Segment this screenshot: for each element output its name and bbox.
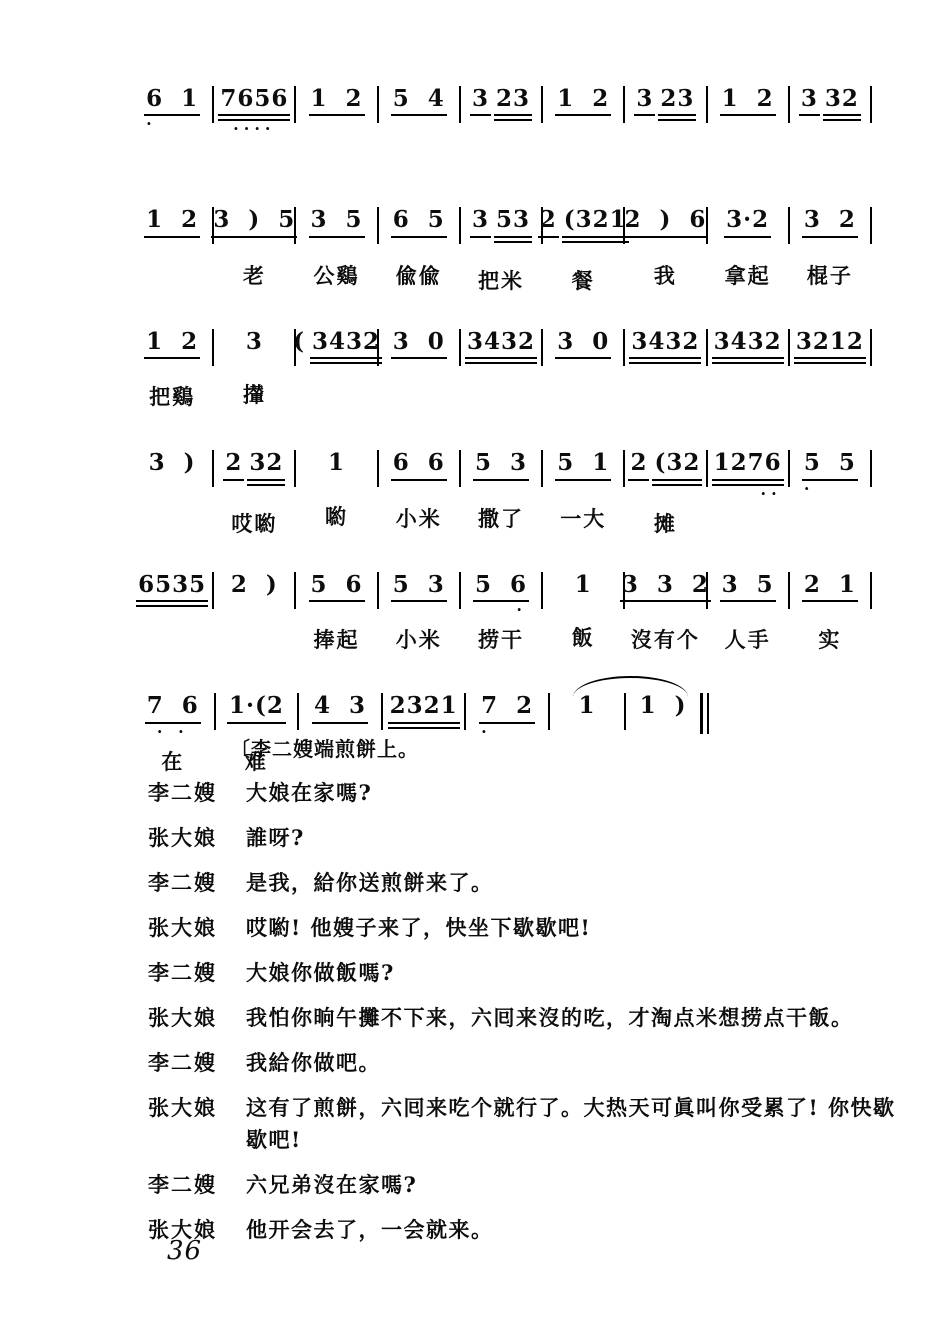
barline (788, 86, 790, 123)
note-group: 3432 (712, 329, 784, 378)
lyric: 人手 (725, 624, 771, 651)
speaker-name: 李二嫂 (148, 1047, 228, 1079)
note-group: 4 3 (312, 693, 368, 737)
dialogue-text: 誰呀? (246, 822, 910, 854)
note-group: 23 (494, 86, 532, 135)
notes: 7 6· · (145, 693, 201, 737)
notes: 323 (470, 86, 532, 135)
note-digits: 1 (573, 572, 594, 600)
octave-dots (494, 243, 532, 257)
note-group: 3 0 (555, 329, 611, 373)
measure: 6 6小米 (380, 450, 458, 529)
octave-dots (465, 364, 537, 378)
barline (706, 86, 708, 123)
note-digits: 6 5 (391, 207, 447, 237)
note-group: 2 (538, 207, 559, 251)
speaker-name: 张大娘 (148, 1002, 228, 1034)
barline (377, 450, 379, 487)
note-digits: 3 ) 5 (211, 207, 297, 237)
note-digits: (321 (562, 207, 629, 242)
stage-direction: 〔李二嫂端煎餅上。 (230, 733, 910, 762)
notes: 2 ) 6 (622, 207, 708, 251)
measure: 2 ) 6我 (626, 207, 704, 286)
barline (788, 450, 790, 487)
dialogue-row: 李二嫂是我，給你送煎餅来了。 (148, 867, 910, 899)
measure: 6535 (133, 572, 211, 656)
note-group: 2 1 (802, 572, 858, 616)
measure: 5 3小米 (380, 572, 458, 651)
measure: 3432 (462, 329, 540, 413)
notes: 1 ) (638, 693, 689, 735)
measure: 1 2 (544, 86, 622, 165)
note-digits: 7 6 (145, 693, 201, 723)
note-group: 1 (573, 572, 594, 614)
note-group: 1 2 (720, 86, 776, 130)
measure: 5 1一大 (544, 450, 622, 529)
measure: 6 5偸偸 (380, 207, 458, 286)
note-digits: 3 0 (391, 329, 447, 359)
barline (870, 329, 872, 366)
notes: 3 5 (309, 207, 365, 251)
barline (294, 450, 296, 487)
note-digits: 23 (658, 86, 696, 121)
note-digits: ( (291, 329, 307, 357)
octave-dots (470, 238, 491, 252)
octave-dots (794, 364, 866, 378)
note-group: 7 2· (479, 693, 535, 737)
measure: 7656···· (215, 86, 293, 170)
measure: 3 5公鷄 (297, 207, 375, 286)
octave-dots (802, 238, 858, 252)
speaker-name: 李二嫂 (148, 957, 228, 989)
barline (624, 693, 626, 730)
note-digits: 2 (628, 450, 649, 480)
barline (294, 207, 296, 244)
dialogue-text: 这有了煎餅，六囘来吃个就行了。大热天可眞叫你受累了! 你快歇歇吧! (246, 1092, 910, 1156)
octave-dots (211, 238, 297, 252)
notes: 323 (634, 86, 696, 135)
note-group: 1 2 (144, 207, 200, 251)
measure: 323 (462, 86, 540, 170)
octave-dots (147, 479, 198, 493)
note-digits: 3 5 (309, 207, 365, 237)
barline (870, 86, 872, 123)
score-line: 6 1·7656····1 25 43231 23231 2332 (133, 86, 873, 170)
notes: 3 2 (802, 207, 858, 251)
dialogue-rows: 李二嫂大娘在家嗎?张大娘誰呀?李二嫂是我，給你送煎餅来了。张大娘哎喲! 他嫂子来… (148, 777, 910, 1246)
notes: 6 5 (391, 207, 447, 251)
notes: 232 (223, 450, 285, 499)
measure: 3攆 (215, 329, 293, 406)
note-digits: 3 (244, 329, 265, 357)
measure: 2 1实 (791, 572, 869, 651)
note-digits: 5 5 (802, 450, 858, 480)
page-number: 36 (167, 1236, 202, 1266)
measure: 5 5· (791, 450, 869, 529)
barline (623, 450, 625, 487)
barline (377, 329, 379, 366)
note-group: 3 (244, 329, 265, 371)
notes: 3432 (465, 329, 537, 378)
barline (870, 450, 872, 487)
lyric: 棍子 (807, 260, 853, 287)
measure: 5 4 (380, 86, 458, 165)
barline (464, 693, 466, 730)
note-group: 3 5 (720, 572, 776, 616)
note-group: 3 5 (309, 207, 365, 251)
measure: 5 6·捞干 (462, 572, 540, 651)
barline (623, 329, 625, 366)
barline (459, 207, 461, 244)
octave-dots: ···· (218, 121, 290, 135)
octave-dots: · (144, 116, 200, 130)
note-group: 2 ) 6 (622, 207, 708, 251)
notes: 7 2· (479, 693, 535, 737)
notes: 1 (326, 450, 347, 492)
octave-dots (562, 243, 629, 257)
octave-dots (391, 238, 447, 252)
lyric: 攆 (243, 379, 266, 406)
notes: 3432 (629, 329, 701, 378)
note-group: 53 (494, 207, 532, 256)
octave-dots (144, 238, 200, 252)
dialogue-text: 哎喲! 他嫂子来了，快坐下歇歇吧! (246, 912, 910, 944)
note-digits: 3 ) (147, 450, 198, 478)
note-digits: 3432 (310, 329, 382, 364)
measure: 1 2把鷄 (133, 329, 211, 408)
measure: 232哎喲 (215, 450, 293, 534)
note-digits: 3432 (465, 329, 537, 364)
octave-dots (720, 602, 776, 616)
dialogue-row: 李二嫂大娘在家嗎? (148, 777, 910, 809)
lyric: 公鷄 (314, 260, 360, 287)
note-group: 1 ) (638, 693, 689, 735)
note-group: 5 3 (473, 450, 529, 494)
note-group: 2 (628, 450, 649, 494)
lyric: 飯 (572, 622, 595, 649)
notes: 5 3 (391, 572, 447, 616)
note-group: 3·2 (724, 207, 771, 251)
barline (706, 329, 708, 366)
barline (212, 86, 214, 123)
note-digits: 2 ) 6 (622, 207, 708, 237)
notes: 3 3 2 (620, 572, 711, 616)
note-digits: 3212 (794, 329, 866, 364)
lyric: 小米 (396, 503, 442, 530)
barline (377, 86, 379, 123)
note-group: 1276·· (712, 450, 784, 499)
notes: 1 2 (144, 207, 200, 251)
notes: 2(32 (628, 450, 702, 499)
octave-dots (391, 359, 447, 373)
notes: 332 (799, 86, 861, 135)
measure: 3 0 (380, 329, 458, 408)
note-digits: 1 2 (555, 86, 611, 116)
barline (706, 207, 708, 244)
dialogue-row: 张大娘我怕你晌午攤不下来，六囘来沒的吃，才淘点米想捞点干飯。 (148, 1002, 910, 1034)
barline (706, 450, 708, 487)
barline (459, 329, 461, 366)
measure: 353把米 (462, 207, 540, 291)
note-digits: 1 2 (720, 86, 776, 116)
note-digits: 32 (823, 86, 861, 121)
note-group: 3 0 (391, 329, 447, 373)
octave-dots (720, 116, 776, 130)
note-digits: 1276 (712, 450, 784, 485)
octave-dots (494, 121, 532, 135)
dialogue-text: 大娘你做飯嗎? (246, 957, 910, 989)
measure: 1 2 (297, 86, 375, 165)
note-digits: 5 6 (473, 572, 529, 602)
note-digits: 23 (494, 86, 532, 121)
measure: 323 (626, 86, 704, 170)
dialogue-text: 是我，給你送煎餅来了。 (246, 867, 910, 899)
note-group: 7656···· (218, 86, 290, 135)
note-group: 5 3 (391, 572, 447, 616)
octave-dots (291, 357, 307, 371)
octave-dots (538, 238, 559, 252)
note-group: (321 (562, 207, 629, 256)
notes: 1 2 (309, 86, 365, 130)
note-digits: 3 2 (802, 207, 858, 237)
measure: 1 2 (709, 86, 787, 165)
octave-dots (136, 607, 208, 621)
dialogue-text: 大娘在家嗎? (246, 777, 910, 809)
measure: 1276·· (709, 450, 787, 534)
octave-dots (470, 116, 491, 130)
notes: 6535 (136, 572, 208, 621)
measure: 3 2棍子 (791, 207, 869, 286)
octave-dots (309, 116, 365, 130)
note-digits: 7656 (218, 86, 290, 121)
barline (381, 693, 383, 730)
barline (214, 693, 216, 730)
barline (541, 86, 543, 123)
note-group: 3432 (465, 329, 537, 378)
measure: (3432 (297, 329, 375, 413)
barline (377, 572, 379, 609)
octave-dots (634, 116, 655, 130)
barline (541, 572, 543, 609)
measure: 3 ) (133, 450, 211, 527)
notes: 3 0 (391, 329, 447, 373)
octave-dots (823, 121, 861, 135)
barline (212, 572, 214, 609)
lyric: 偸偸 (396, 260, 442, 287)
note-digits: 7 2 (479, 693, 535, 723)
note-group: (32 (652, 450, 702, 499)
note-digits: 1 (577, 693, 598, 721)
notes: 5 4 (391, 86, 447, 130)
measure: 332 (791, 86, 869, 170)
octave-dots (144, 359, 200, 373)
measure: 1喲 (297, 450, 375, 527)
note-digits: 2 (223, 450, 244, 480)
note-group: 3 3 2 (620, 572, 711, 616)
note-digits: 2 (538, 207, 559, 237)
notes: (3432 (291, 329, 382, 378)
lyric: 老 (243, 260, 266, 287)
lyric: 拿起 (725, 260, 771, 287)
barline (459, 450, 461, 487)
note-group: 3432 (629, 329, 701, 378)
octave-dots (799, 116, 820, 130)
speaker-name: 张大娘 (148, 822, 228, 854)
note-digits: 3 (799, 86, 820, 116)
notes: 1 2 (144, 329, 200, 373)
note-digits: 1 2 (144, 207, 200, 237)
notes: 6 6 (391, 450, 447, 494)
barline (788, 329, 790, 366)
measure: 3 5人手 (709, 572, 787, 651)
note-group: 7 6· · (145, 693, 201, 737)
octave-dots (802, 602, 858, 616)
measure: 2(32摊 (626, 450, 704, 534)
notes: 5 1 (555, 450, 611, 494)
dialogue-row: 张大娘这有了煎餅，六囘来吃个就行了。大热天可眞叫你受累了! 你快歇歇吧! (148, 1092, 910, 1156)
note-group: 3212 (794, 329, 866, 378)
barline (377, 207, 379, 244)
note-group: 3 ) 5 (211, 207, 297, 251)
barline (541, 450, 543, 487)
measure: 5 3撒了 (462, 450, 540, 529)
note-digits: 2 ) (229, 572, 280, 600)
speaker-name: 张大娘 (148, 912, 228, 944)
score-line: 3 )232哎喲1喲6 6小米5 3撒了5 1一大2(32摊1276··5 5· (133, 450, 873, 534)
notes: 3432 (712, 329, 784, 378)
note-group: 3 (470, 86, 491, 130)
barline (870, 572, 872, 609)
note-group: 1 2 (144, 329, 200, 373)
notes: 3 0 (555, 329, 611, 373)
measure: 1 2 (133, 207, 211, 286)
octave-dots (391, 602, 447, 616)
notes: 3 ) (147, 450, 198, 492)
octave-dots (712, 364, 784, 378)
barline (212, 450, 214, 487)
octave-dots (555, 116, 611, 130)
notes: 1·(2 (227, 693, 286, 737)
note-digits: 3 5 (720, 572, 776, 602)
speaker-name: 李二嫂 (148, 777, 228, 809)
note-group: 6 1· (144, 86, 200, 130)
note-digits: 5 3 (473, 450, 529, 480)
score: 6 1·7656····1 25 43231 23231 23321 23 ) … (133, 86, 873, 815)
octave-dots (244, 357, 265, 371)
lyric: 撒了 (478, 503, 524, 530)
note-digits: 3432 (629, 329, 701, 364)
notes: 1276·· (712, 450, 784, 499)
octave-dots (391, 481, 447, 495)
note-digits: 2 1 (802, 572, 858, 602)
octave-dots (247, 486, 285, 500)
note-group: 1 2 (555, 86, 611, 130)
note-group: 3432 (310, 329, 382, 378)
notes: 4 3 (312, 693, 368, 737)
note-group: 2 ) (229, 572, 280, 614)
note-group: 32 (247, 450, 285, 499)
note-digits: 4 3 (312, 693, 368, 723)
note-digits: 53 (494, 207, 532, 242)
measure: 1飯 (544, 572, 622, 649)
note-group: 6535 (136, 572, 208, 621)
notes: 5 6 (309, 572, 365, 616)
dialogue-row: 李二嫂大娘你做飯嗎? (148, 957, 910, 989)
note-digits: 6535 (136, 572, 208, 607)
notes: 6 1· (144, 86, 200, 130)
lyric: 把米 (478, 265, 524, 292)
note-digits: 3 3 2 (620, 572, 711, 602)
note-digits: 6 1 (144, 86, 200, 116)
octave-dots (309, 238, 365, 252)
score-line: 1 2把鷄3攆(34323 034323 0343234323212 (133, 329, 873, 413)
notes: 3212 (794, 329, 866, 378)
note-group: ( (291, 329, 307, 371)
dialogue-text: 我給你做吧。 (246, 1047, 910, 1079)
notes: 7656···· (218, 86, 290, 135)
barline (294, 86, 296, 123)
note-group: 5 4 (391, 86, 447, 130)
octave-dots: · (802, 481, 858, 495)
barline (788, 572, 790, 609)
measure: 2 ) (215, 572, 293, 649)
lyric: 实 (818, 624, 841, 651)
measure: 3 0 (544, 329, 622, 408)
note-group: 3 (799, 86, 820, 130)
score-line: 65352 )5 6捧起5 3小米5 6·捞干1飯3 3 2沒有个3 5人手2 … (133, 572, 873, 656)
speaker-name: 李二嫂 (148, 867, 228, 899)
measure: 6 1· (133, 86, 211, 165)
octave-dots (473, 481, 529, 495)
octave-dots (310, 364, 382, 378)
note-group: 5 1 (555, 450, 611, 494)
notes: 1 (573, 572, 594, 614)
notes: 353 (470, 207, 532, 256)
note-digits: 3·2 (724, 207, 771, 237)
note-digits: 3 (470, 207, 491, 237)
lyric: 餐 (572, 265, 595, 292)
barline (297, 693, 299, 730)
note-group: 1 (326, 450, 347, 492)
measure: 3 3 2沒有个 (626, 572, 704, 651)
note-digits: 1 ) (638, 693, 689, 721)
octave-dots (620, 602, 711, 616)
lyric: 小米 (396, 624, 442, 651)
note-group: 5 6· (473, 572, 529, 616)
note-group: 3 2 (802, 207, 858, 251)
note-group: 2 (223, 450, 244, 494)
barline (870, 207, 872, 244)
dialogue-text: 他开会去了，一会就来。 (246, 1214, 910, 1246)
note-group: 3 (634, 86, 655, 130)
lyric: 喲 (325, 501, 348, 528)
octave-dots (326, 479, 347, 493)
notes: 1 2 (720, 86, 776, 130)
notes: 5 3 (473, 450, 529, 494)
notes: 5 6· (473, 572, 529, 616)
notes: 1 2 (555, 86, 611, 130)
measure: 3212 (791, 329, 869, 413)
note-digits: 6 6 (391, 450, 447, 480)
lyric: 我 (654, 260, 677, 287)
dialogue-row: 张大娘哎喲! 他嫂子来了，快坐下歇歇吧! (148, 912, 910, 944)
barline (459, 572, 461, 609)
measure: 3432 (626, 329, 704, 413)
note-group: 3 (470, 207, 491, 251)
octave-dots (573, 600, 594, 614)
note-group: 6 5 (391, 207, 447, 251)
dialogue-row: 李二嫂六兄弟沒在家嗎? (148, 1169, 910, 1201)
